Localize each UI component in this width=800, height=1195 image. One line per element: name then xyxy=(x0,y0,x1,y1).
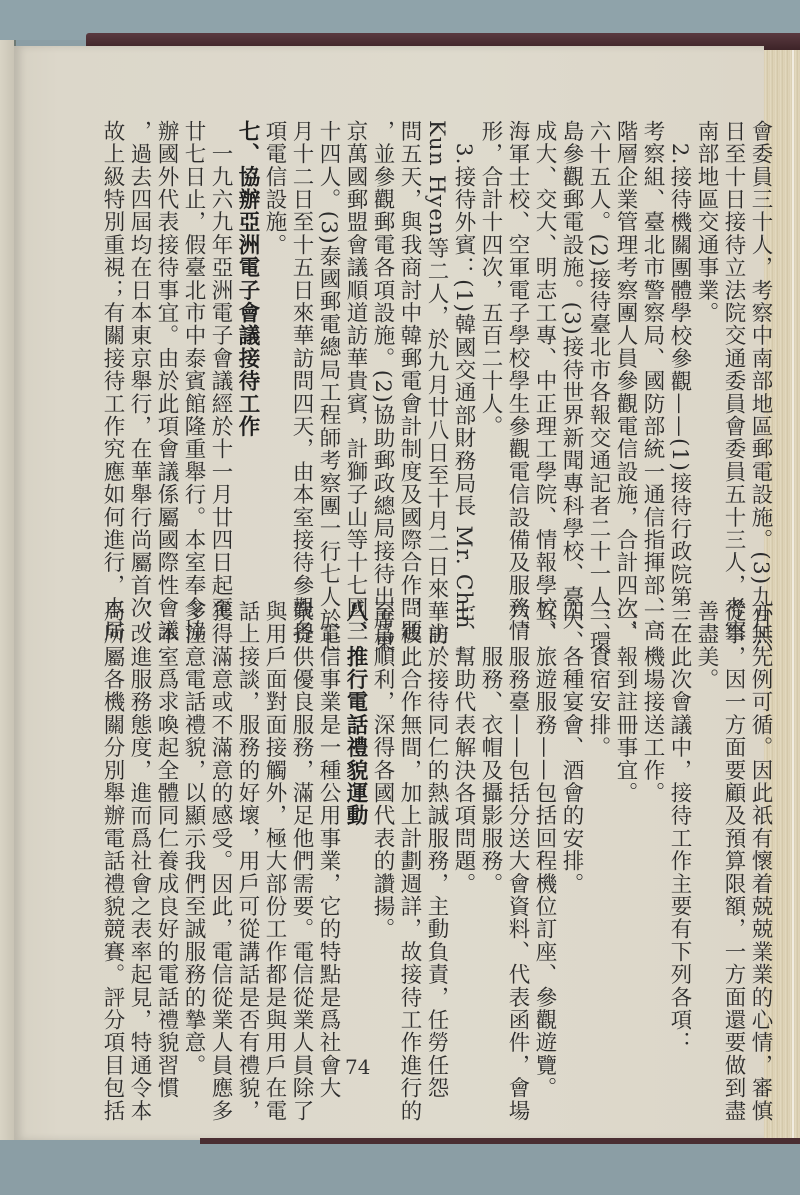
text-column: 故上級特別重視；有關接待工作究應如何進行，本局 xyxy=(99,120,126,580)
text-column: ，並參觀郵電各項設施。(2)協助郵政總局接待出席東 xyxy=(369,120,396,580)
text-column: 2.接待機關團體學校參觀——(1)接待行政院第三 xyxy=(666,120,693,580)
text-column: 問五天，與我商討中韓郵電會計制度及國際合作問題 xyxy=(396,120,423,580)
text-column: Kun Hyen等二人，於九月廿八日至十月二日來華訪 xyxy=(423,120,450,580)
text-column: 衆提供優良服務，滿足他們需要。電信從業人員除了 xyxy=(288,600,315,1040)
list-item: 二、報到註冊事宜。 xyxy=(612,600,639,1040)
text-column: 南部地區交通事業。 xyxy=(693,120,720,580)
page-text-block: 會委員三十人，考察中南部地區郵電設施。(3)九月六 日至十日接待立法院交通委員會… xyxy=(28,100,780,1040)
text-column: 電信事業是一種公用事業，它的特點是爲社會大 xyxy=(315,600,342,1040)
list-item-continuation: 服務、衣帽及攝影服務。 xyxy=(477,600,504,1040)
text-column: 從事，因一方面要顧及預算限額，一方面還要做到盡 xyxy=(720,600,747,1040)
text-column: 十四人。(3)泰國郵電總局工程師考察團一行七人於七 xyxy=(315,120,342,580)
text-column: 亦無先例可循。因此祇有懷着兢兢業業的心情，審慎 xyxy=(747,600,774,1040)
text-column: 獲得滿意或不滿意的感受。因此，電信從業人員應多 xyxy=(207,600,234,1040)
text-column: 月十二日至十五日來華訪問四天，由本室接待參觀各 xyxy=(288,120,315,580)
text-column: 成大、交大、明志工專、中正理工學院、情報學校、 xyxy=(531,120,558,580)
text-column: 本室爲求喚起全體同仁養成良好的電話禮貌習慣 xyxy=(153,600,180,1040)
text-column: 3.接待外賓：(1)韓國交通部財務局長 Mr. Chin xyxy=(450,120,477,580)
text-column: ，過去四屆均在日本東京舉行，在華舉行尚屬首次， xyxy=(126,120,153,580)
text-column: 京萬國郵盟會議順道訪華貴賓，計獅子山等十七國三 xyxy=(342,120,369,580)
text-column: 島參觀郵電設施。(3)接待世界新聞專科學校、臺大、 xyxy=(558,120,585,580)
list-item: 四、各種宴會、酒會的安排。 xyxy=(558,600,585,1040)
text-column: 日至十日接待立法院交通委員會委員五十三人，考察 xyxy=(720,120,747,580)
text-column: ，改進服務態度，進而爲社會之表率起見，特通令本 xyxy=(126,600,153,1040)
list-item: 五、旅遊服務——包括回程機位訂座、參觀遊覽。 xyxy=(531,600,558,1040)
section-heading-8: 八、推行電話禮貌運動 xyxy=(342,600,369,1040)
text-column: 形，合計十四次，五百二十人。 xyxy=(477,120,504,580)
section-heading-7: 七、協辦亞洲電子會議接待工作 xyxy=(234,120,261,580)
text-column: 階層企業管理考察團人員參觀電信設施，合計四次， xyxy=(612,120,639,580)
list-item: 三、食宿安排。 xyxy=(585,600,612,1040)
book-cover-edge-bottom xyxy=(200,1138,800,1144)
text-column: 局所屬各機關分別舉辦電話禮貌競賽。評分項目包括 xyxy=(99,600,126,1040)
text-column: 辦國外代表接待事宜。由於此項會議係屬國際性會議 xyxy=(153,120,180,580)
text-column: 會委員三十人，考察中南部地區郵電設施。(3)九月六 xyxy=(747,120,774,580)
page-number: 74 xyxy=(345,1055,370,1079)
text-column: 海軍士校、空軍電子學校學生參觀電信設備及服務情 xyxy=(504,120,531,580)
text-column: 項電信設施。 xyxy=(261,120,288,580)
text-column: 六十五人。(2)接待臺北市各報交通記者二十一人，環 xyxy=(585,120,612,580)
text-column: 在此次會議中，接待工作主要有下列各項： xyxy=(666,600,693,1040)
text-column: 多注意電話禮貌，以顯示我們至誠服務的摯意。 xyxy=(180,600,207,1040)
text-column: 一九六九年亞洲電子會議經於十一月廿四日起至 xyxy=(207,120,234,580)
list-item: 一、機場接送工作。 xyxy=(639,600,666,1040)
text-column: 考察組、臺北市警察局、國防部統一通信指揮部、高 xyxy=(639,120,666,580)
list-item: 七、幫助代表解決各項問題。 xyxy=(450,600,477,1040)
text-column: 至爲順利，深得各國代表的讚揚。 xyxy=(369,600,396,1040)
upper-text-columns: 會委員三十人，考察中南部地區郵電設施。(3)九月六 日至十日接待立法院交通委員會… xyxy=(28,120,774,580)
text-column: 由於接待同仁的熱誠服務，主動負責，任勞任怨 xyxy=(423,600,450,1040)
text-column: 與用戶面對面接觸外，極大部份工作都是與用戶在電 xyxy=(261,600,288,1040)
lower-text-columns: 亦無先例可循。因此祇有懷着兢兢業業的心情，審慎 從事，因一方面要顧及預算限額，一… xyxy=(28,600,774,1040)
list-item: 六、服務臺——包括分送大會資料、代表函件，會場 xyxy=(504,600,531,1040)
text-column: 廿七日止，假臺北市中泰賓館隆重舉行。本室奉令協 xyxy=(180,120,207,580)
text-column: 話上接談，服務的好壞，用戶可從講話是否有禮貌， xyxy=(234,600,261,1040)
text-column: 善盡美。 xyxy=(693,600,720,1040)
text-column: ，彼此合作無間，加上計劃週詳，故接待工作進行的 xyxy=(396,600,423,1040)
